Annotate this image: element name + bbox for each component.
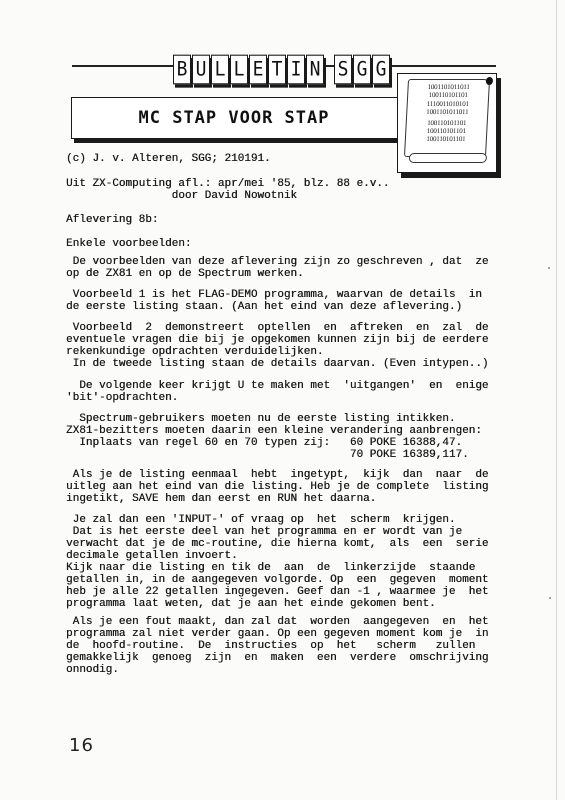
intro-heading: Enkele voorbeelden:: [66, 238, 191, 250]
banner-letter-tile: U: [192, 55, 210, 85]
banner-letter-tile: L: [211, 55, 229, 85]
banner-letter-tile: E: [249, 55, 267, 85]
binary-line: 100110101101: [427, 119, 467, 127]
paragraph: Als je een fout maakt, dan zal dat worde…: [66, 616, 488, 676]
binary-line: 1001101011011: [426, 108, 469, 116]
banner-gap: [325, 56, 333, 83]
banner-letter-tile: G: [353, 55, 371, 85]
binary-line: 100110101101: [428, 91, 468, 99]
scroll-knob-icon: [486, 77, 493, 85]
episode-heading: Aflevering 8b:: [66, 214, 158, 226]
title-box: MC STAP VOOR STAP: [71, 97, 417, 139]
banner-letter-tile: I: [287, 55, 305, 85]
bulletin-banner: BULLETINSGG: [173, 56, 390, 83]
author-line: door David Nowotnik: [66, 190, 297, 202]
page-edge: [556, 0, 557, 800]
binary-line: 1001101011011: [427, 83, 470, 91]
binary-line: 100110101101: [426, 135, 466, 143]
page-number: 16: [69, 735, 94, 756]
banner-letter-tile: T: [268, 55, 286, 85]
paragraph: Voorbeeld 2 demonstreert optellen en aft…: [66, 322, 488, 370]
banner-letter-tile: S: [334, 55, 352, 85]
banner-letter-tile: L: [230, 55, 248, 85]
banner-letter-tile: B: [173, 55, 191, 85]
credit-line: (c) J. v. Alteren, SGG; 210191.: [66, 153, 271, 165]
paragraph: Spectrum-gebruikers moeten nu de eerste …: [66, 413, 482, 461]
article-title: MC STAP VOOR STAP: [139, 108, 330, 128]
scroll-roll-icon: [409, 153, 488, 163]
binary-scroll-illustration: 1001101011011100110101101111001101010110…: [397, 73, 497, 173]
source-line: Uit ZX-Computing afl.: apr/mei '85, blz.…: [66, 178, 389, 190]
banner-letter-tile: N: [306, 55, 324, 85]
binary-line: 1110011010101: [426, 100, 469, 108]
paragraph: Voorbeeld 1 is het FLAG-DEMO programma, …: [66, 289, 482, 313]
scroll-icon: 1001101011011100110101101111001101010110…: [404, 79, 490, 157]
scan-speck: [549, 597, 551, 599]
paragraph: Je zal dan een 'INPUT-' of vraag op het …: [66, 514, 488, 610]
banner-letter-tile: G: [372, 55, 390, 85]
paragraph: De voorbeelden van deze aflevering zijn …: [66, 256, 488, 280]
binary-line: 100110101101: [427, 127, 467, 135]
scan-speck: [548, 267, 550, 269]
paragraph: De volgende keer krijgt U te maken met '…: [66, 380, 488, 404]
paragraph: Als je de listing eenmaal hebt ingetypt,…: [66, 469, 488, 505]
